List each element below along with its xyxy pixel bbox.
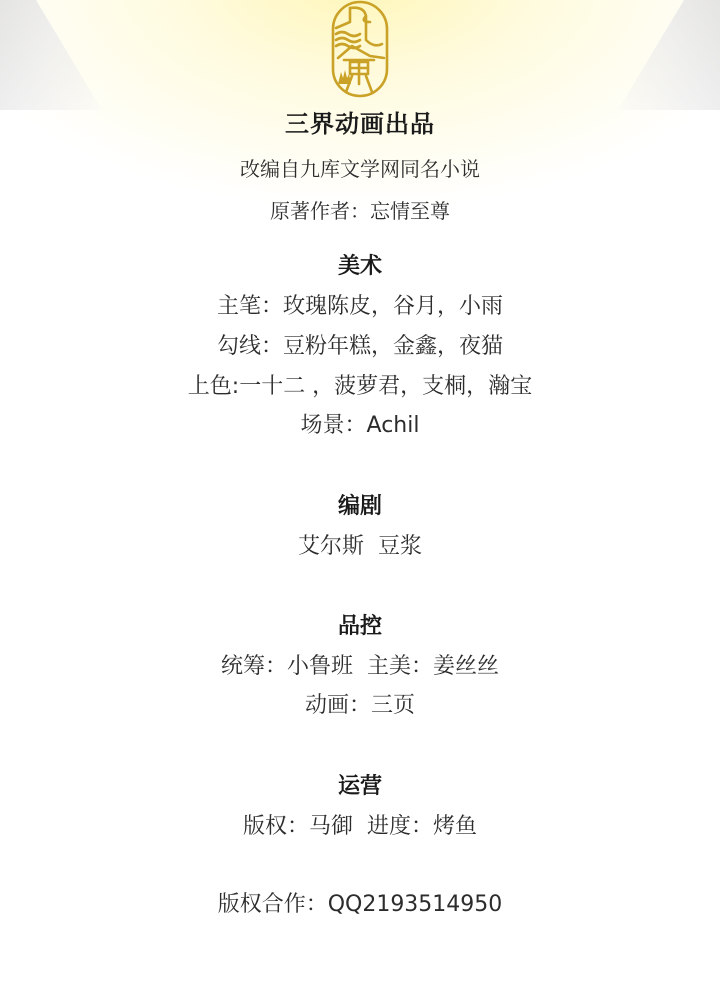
adaptation-note: 改编自九库文学网同名小说	[0, 154, 720, 184]
credit-line-art-main: 主笔：玫瑰陈皮，谷月，小雨	[0, 292, 720, 322]
section-header-art: 美术	[0, 252, 720, 282]
credit-line-art-coloring: 上色:一十二 ，菠萝君，支桐，瀚宝	[0, 372, 720, 402]
credit-line-operations: 版权：马御 进度：烤鱼	[0, 812, 720, 842]
credit-line-art-scene: 场景：Achil	[0, 411, 720, 441]
credit-line-quality-animation: 动画：三页	[0, 691, 720, 721]
credit-line-art-lineart: 勾线：豆粉年糕，金鑫，夜猫	[0, 332, 720, 362]
copyright-contact: 版权合作：QQ2193514950	[0, 890, 720, 920]
section-header-quality: 品控	[0, 612, 720, 642]
sanjie-seal-logo-icon	[330, 0, 390, 98]
credit-line-quality-coordination: 统筹：小鲁班 主美：姜丝丝	[0, 652, 720, 682]
original-author: 原著作者：忘情至尊	[0, 196, 720, 226]
brand-title: 三界动画出品	[0, 104, 720, 139]
credit-line-screenwriter: 艾尔斯 豆浆	[0, 532, 720, 562]
section-header-screenwriter: 编剧	[0, 492, 720, 522]
section-header-operations: 运营	[0, 772, 720, 802]
